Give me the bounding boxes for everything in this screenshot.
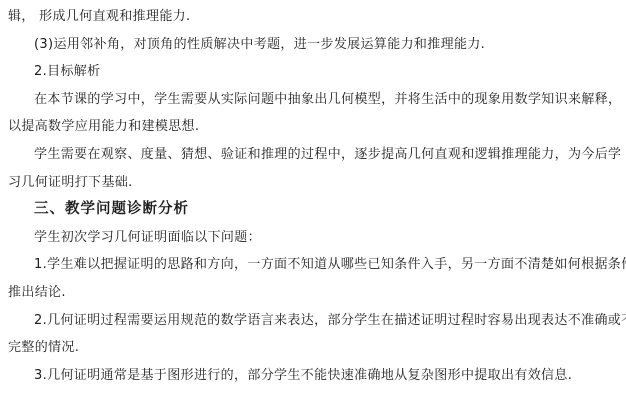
text-line-problem-3: 3.几何证明通常是基于图形进行的，部分学生不能快速准确地从复杂图形中提取出有效信… bbox=[8, 362, 620, 390]
text-line-paragraph-continuation: 习几何证明打下基础. bbox=[8, 169, 620, 197]
subsection-heading-goal-analysis: 2.目标解析 bbox=[8, 58, 620, 86]
section-heading-diagnosis-analysis: 三、教学问题诊断分析 bbox=[8, 196, 620, 224]
text-line-paragraph: 在本节课的学习中，学生需要从实际问题中抽象出几何模型，并将生活中的现象用数学知识… bbox=[8, 86, 620, 114]
text-line-problem-1-continuation: 推出结论. bbox=[8, 279, 620, 307]
text-line-problem-1: 1.学生难以把握证明的思路和方向，一方面不知道从哪些已知条件入手，另一方面不清楚… bbox=[8, 251, 620, 279]
text-line-paragraph: 学生需要在观察、度量、猜想、验证和推理的过程中，逐步提高几何直观和逻辑推理能力，… bbox=[8, 141, 620, 169]
text-line-problem-2-continuation: 完整的情况. bbox=[8, 334, 620, 362]
text-line-point-3: (3)运用邻补角，对顶角的性质解决中考题，进一步发展运算能力和推理能力. bbox=[8, 31, 620, 59]
document-text-block: 辑， 形成几何直观和推理能力. (3)运用邻补角，对顶角的性质解决中考题，进一步… bbox=[8, 3, 620, 389]
document-page: 辑， 形成几何直观和推理能力. (3)运用邻补角，对顶角的性质解决中考题，进一步… bbox=[0, 0, 626, 418]
text-line-continuation: 辑， 形成几何直观和推理能力. bbox=[8, 3, 620, 31]
text-line-intro: 学生初次学习几何证明面临以下问题： bbox=[8, 224, 620, 252]
text-line-problem-2: 2.几何证明过程需要运用规范的数学语言来表达，部分学生在描述证明过程时容易出现表… bbox=[8, 307, 620, 335]
text-line-paragraph-continuation: 以提高数学应用能力和建模思想. bbox=[8, 113, 620, 141]
